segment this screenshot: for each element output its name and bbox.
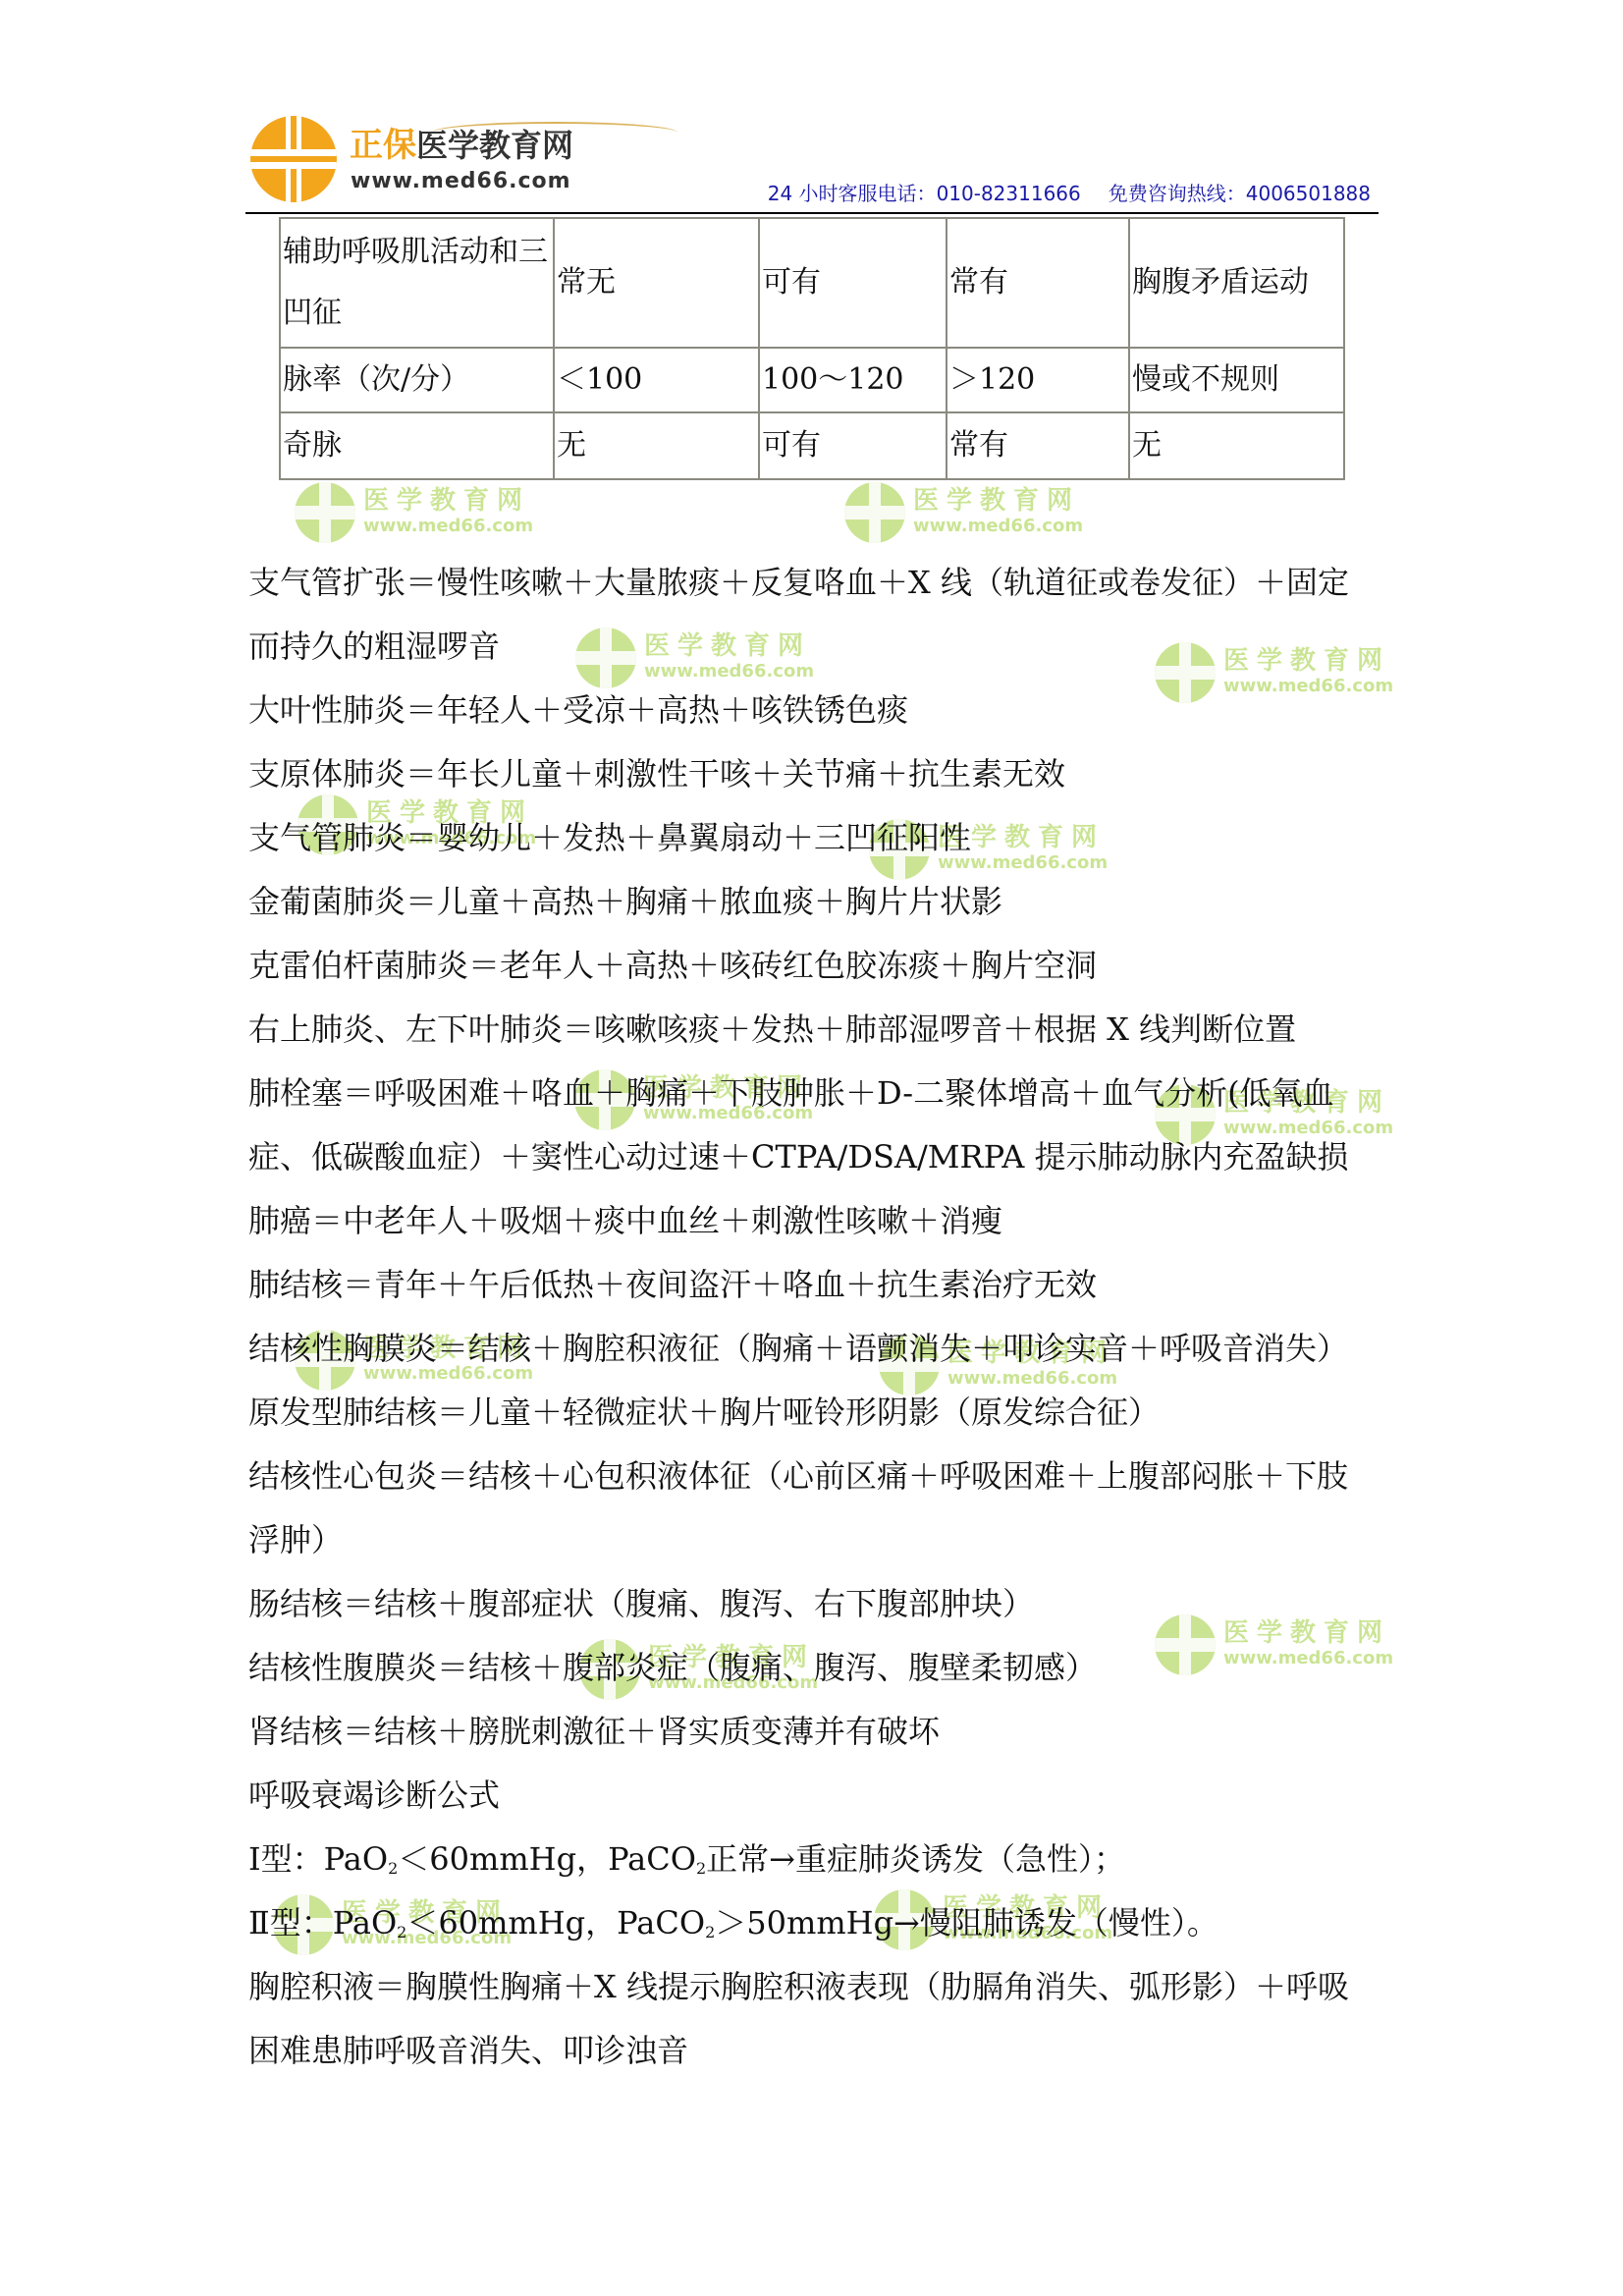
resp-failure-type2: Ⅱ型：PaO2＜60mmHg，PaCO2＞50mmHg→慢阻肺诱发（慢性）。: [248, 1903, 1218, 1942]
formula-line: 右上肺炎、左下叶肺炎＝咳嗽咳痰＋发热＋肺部湿啰音＋根据 X 线判断位置: [248, 1010, 1296, 1049]
table-cell: ＞120: [947, 348, 1129, 412]
formula-line: 困难患肺呼吸音消失、叩诊浊音: [248, 2031, 688, 2070]
formula-line: 浮肿）: [248, 1520, 343, 1559]
formula-line: 原发型肺结核＝儿童＋轻微症状＋胸片哑铃形阴影（原发综合征）: [248, 1393, 1160, 1432]
logo-icon: [250, 116, 337, 202]
formula-line: 结核性胸膜炎＝结核＋胸腔积液征（胸痛＋语颤消失＋叩诊实音＋呼吸音消失）: [248, 1329, 1348, 1368]
table-cell: 常有: [947, 412, 1129, 479]
table-cell: 100～120: [759, 348, 947, 412]
section-heading: 呼吸衰竭诊断公式: [248, 1776, 500, 1815]
formula-line: 肺癌＝中老年人＋吸烟＋痰中血丝＋刺激性咳嗽＋消瘦: [248, 1201, 1002, 1240]
severity-table: 辅助呼吸肌活动和三凹征 常无 可有 常有 胸腹矛盾运动 脉率（次/分） ＜100…: [279, 217, 1345, 480]
table-cell: 可有: [759, 412, 947, 479]
free-hotline-number: 4006501888: [1246, 182, 1371, 205]
table-cell: 奇脉: [280, 412, 554, 479]
service-hotline-number: 010-82311666: [937, 182, 1081, 205]
table-cell: 可有: [759, 218, 947, 348]
brand-url: www.med66.com: [351, 169, 571, 193]
table-cell: 常有: [947, 218, 1129, 348]
formula-line: 症、低碳酸血症）＋窦性心动过速＋CTPA/DSA/MRPA 提示肺动脉内充盈缺损: [248, 1137, 1349, 1176]
table-row: 奇脉 无 可有 常有 无: [280, 412, 1344, 479]
formula-line: 结核性腹膜炎＝结核＋腹部炎症（腹痛、腹泻、腹壁柔韧感）: [248, 1648, 1097, 1687]
brand-secondary: 医学教育网: [416, 127, 573, 164]
watermark: 医学教育网www.med66.com: [295, 478, 550, 547]
formula-line: 支气管扩张＝慢性咳嗽＋大量脓痰＋反复咯血＋X 线（轨道征或卷发征）＋固定: [248, 563, 1349, 602]
watermark: 医学教育网www.med66.com: [575, 624, 831, 692]
formula-line: 肺栓塞＝呼吸困难＋咯血＋胸痛＋下肢肿胀＋D-二聚体增高＋血气分析(低氧血: [248, 1073, 1334, 1113]
formula-line: 结核性心包炎＝结核＋心包积液体征（心前区痛＋呼吸困难＋上腹部闷胀＋下肢: [248, 1456, 1348, 1496]
formula-line: 胸腔积液＝胸膜性胸痛＋X 线提示胸腔积液表现（肋膈角消失、弧形影）＋呼吸: [248, 1967, 1349, 2006]
watermark: 医学教育网www.med66.com: [1155, 1611, 1410, 1679]
table-cell: 胸腹矛盾运动: [1129, 218, 1344, 348]
service-hotline-label: 24 小时客服电话：: [768, 182, 937, 205]
table-row: 辅助呼吸肌活动和三凹征 常无 可有 常有 胸腹矛盾运动: [280, 218, 1344, 348]
table-row: 脉率（次/分） ＜100 100～120 ＞120 慢或不规则: [280, 348, 1344, 412]
hotline-info: 24 小时客服电话：010-82311666免费咨询热线：4006501888: [768, 178, 1371, 206]
watermark: 医学教育网www.med66.com: [844, 478, 1100, 547]
header-divider: [245, 212, 1379, 214]
formula-line: 肠结核＝结核＋腹部症状（腹痛、腹泻、右下腹部肿块）: [248, 1584, 1034, 1623]
formula-line: 支原体肺炎＝年长儿童＋刺激性干咳＋关节痛＋抗生素无效: [248, 754, 1065, 793]
table-cell: ＜100: [554, 348, 759, 412]
formula-line: 而持久的粗湿啰音: [248, 627, 500, 666]
table-cell: 脉率（次/分）: [280, 348, 554, 412]
table-cell: 无: [554, 412, 759, 479]
watermark: 医学教育网www.med66.com: [1155, 638, 1410, 707]
formula-line: 金葡菌肺炎＝儿童＋高热＋胸痛＋脓血痰＋胸片片状影: [248, 882, 1002, 921]
table-cell: 无: [1129, 412, 1344, 479]
formula-line: 肾结核＝结核＋膀胱刺激征＋肾实质变薄并有破坏: [248, 1712, 940, 1751]
brand-primary: 正保: [350, 126, 416, 165]
table-cell: 慢或不规则: [1129, 348, 1344, 412]
formula-line: 支气管肺炎＝婴幼儿＋发热＋鼻翼扇动＋三凹征阳性: [248, 818, 971, 857]
formula-line: 大叶性肺炎＝年轻人＋受凉＋高热＋咳铁锈色痰: [248, 690, 908, 730]
table-cell: 辅助呼吸肌活动和三凹征: [280, 218, 554, 348]
free-hotline-label: 免费咨询热线：: [1109, 182, 1246, 205]
brand-name: 正保医学教育网: [350, 126, 573, 165]
formula-line: 克雷伯杆菌肺炎＝老年人＋高热＋咳砖红色胶冻痰＋胸片空洞: [248, 946, 1097, 985]
table-cell: 常无: [554, 218, 759, 348]
resp-failure-type1: Ⅰ型：PaO2＜60mmHg，PaCO2正常→重症肺炎诱发（急性）；: [248, 1839, 1125, 1879]
formula-line: 肺结核＝青年＋午后低热＋夜间盗汗＋咯血＋抗生素治疗无效: [248, 1265, 1097, 1304]
